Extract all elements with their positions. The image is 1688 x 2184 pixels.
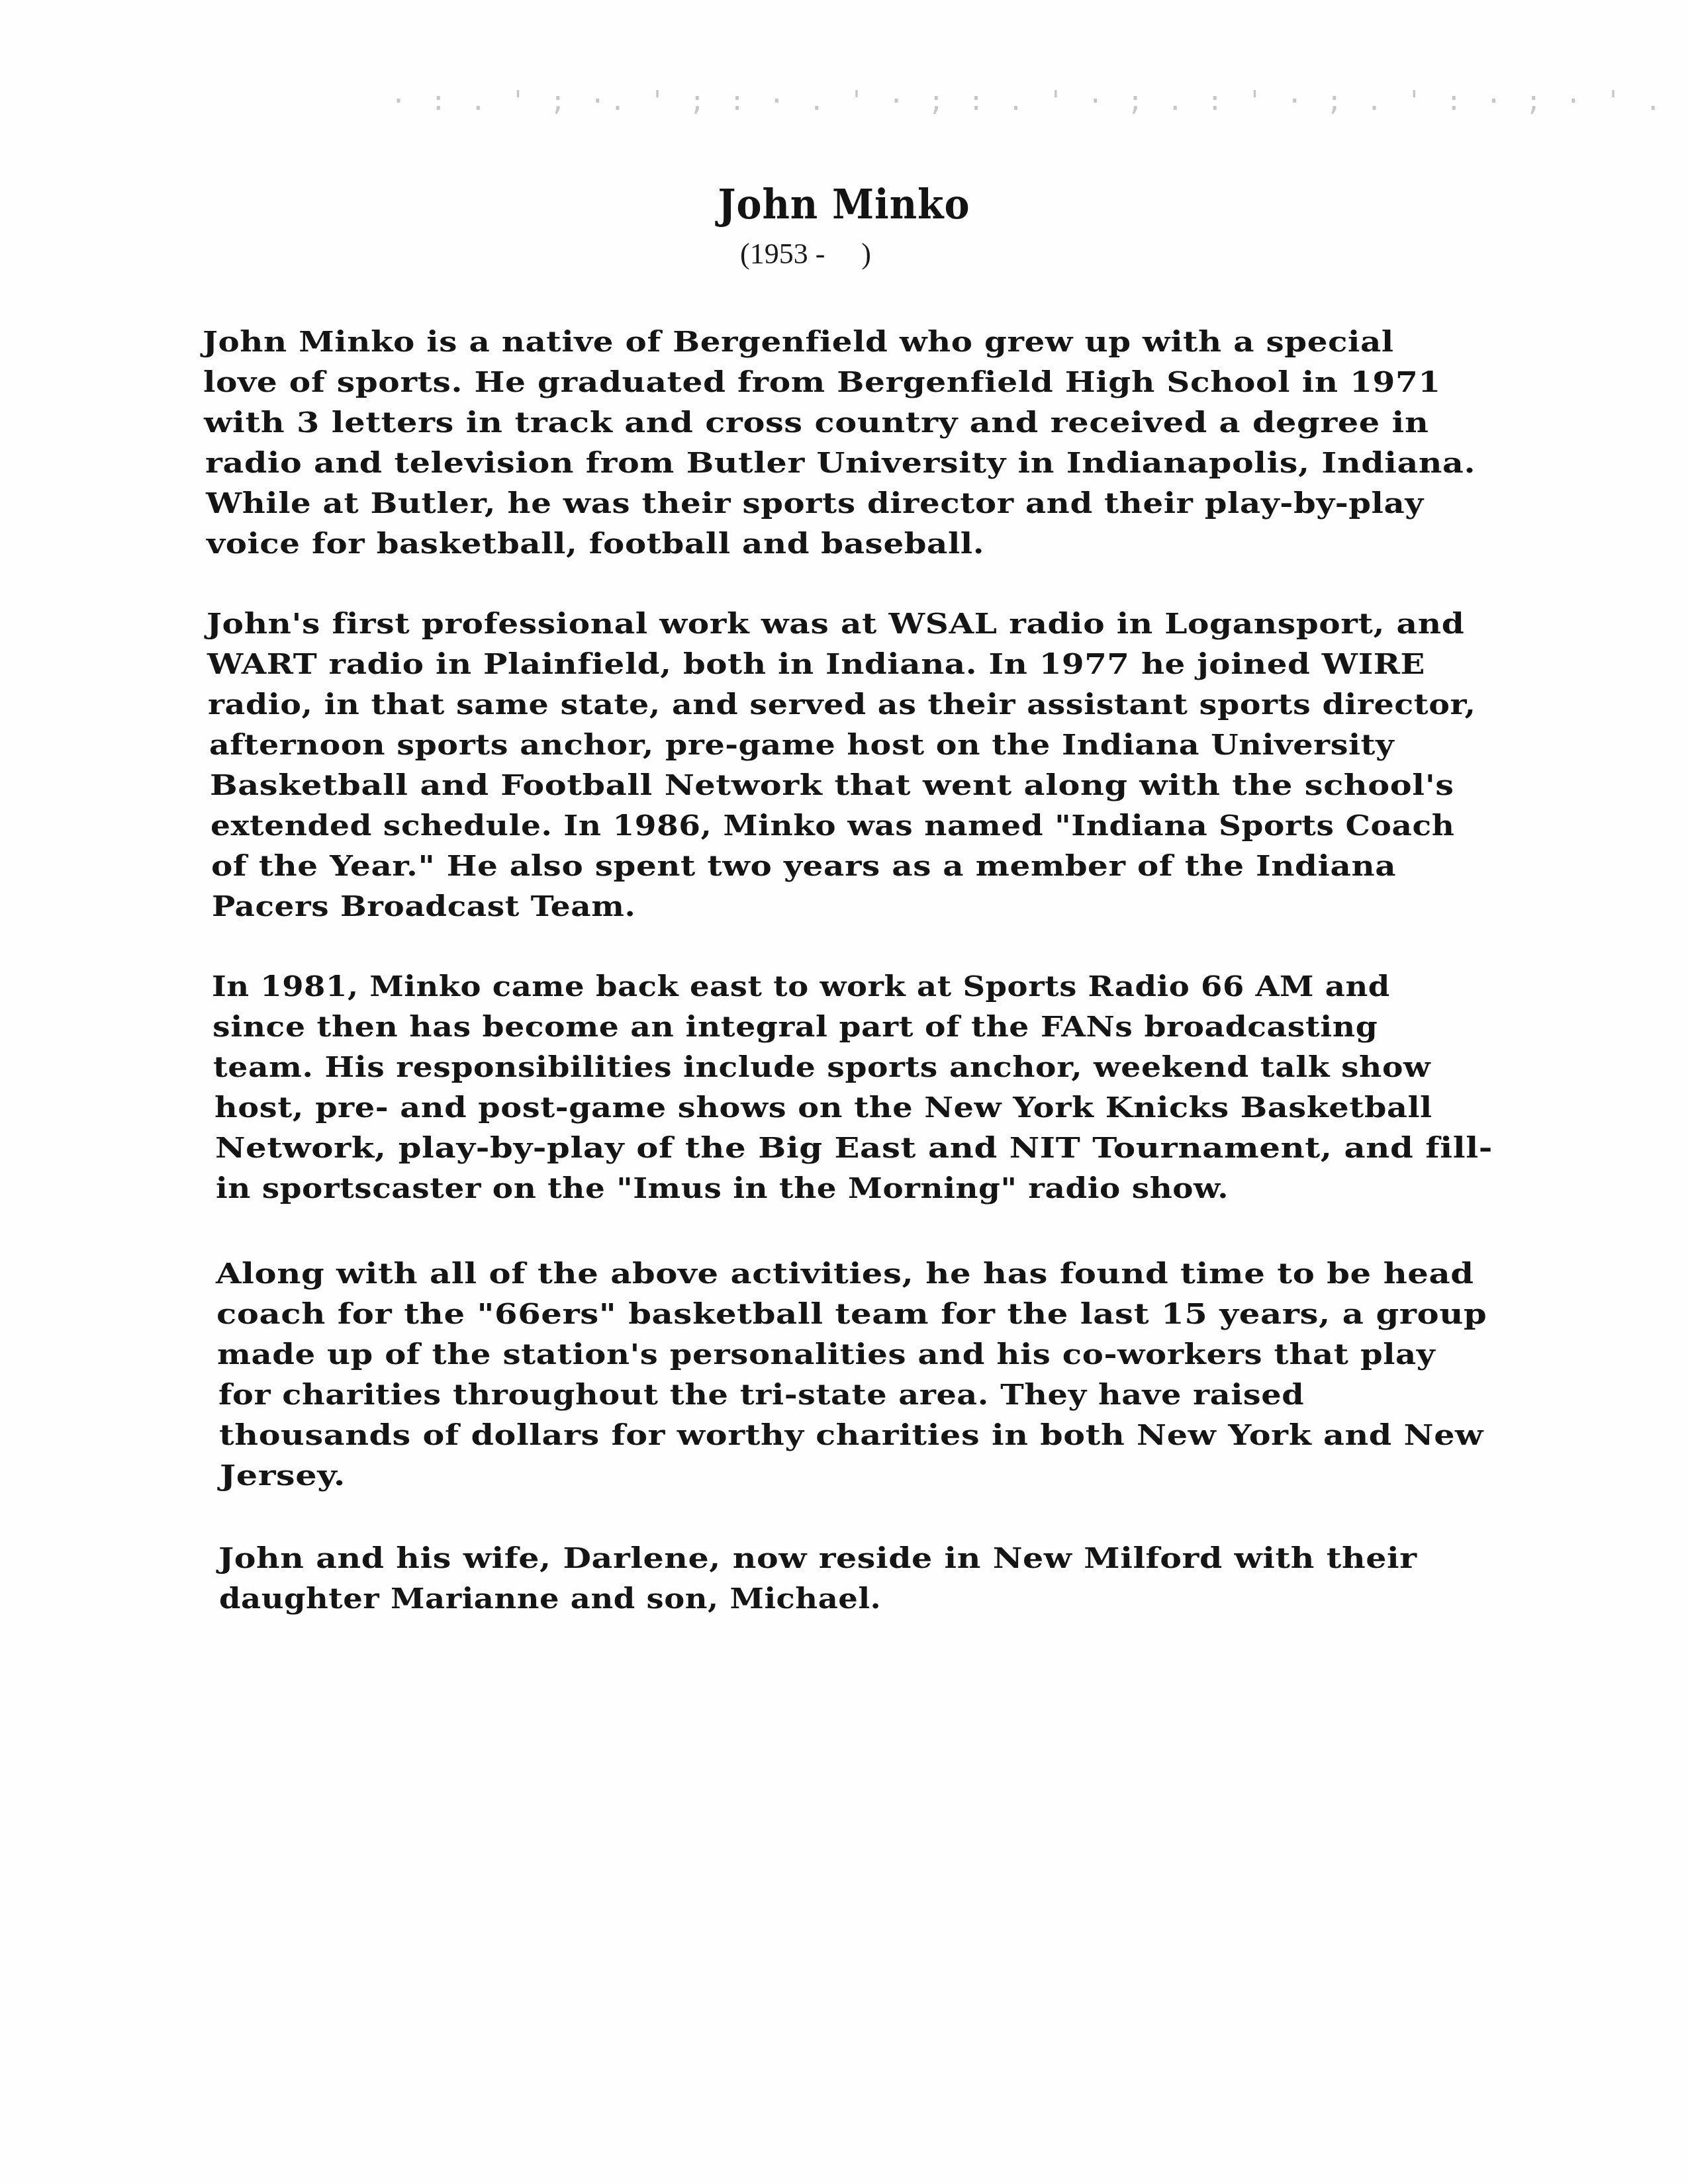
paragraph-2-line: afternoon sports anchor, pre-game host o… <box>209 729 1394 762</box>
paragraph-1-line: love of sports. He graduated from Bergen… <box>203 366 1441 399</box>
lifespan-dates: (1953 - ) <box>740 237 871 271</box>
paragraph-1-line: voice for basketball, football and baseb… <box>207 527 984 561</box>
paragraph-4-line: coach for the "66ers" basketball team fo… <box>216 1298 1487 1331</box>
paragraph-3-line: in sportscaster on the "Imus in the Morn… <box>216 1172 1229 1205</box>
title-text: John Minko <box>718 180 970 228</box>
paragraph-4-line: Jersey. <box>220 1459 346 1492</box>
paragraph-2-line: John's first professional work was at WS… <box>207 608 1464 641</box>
document-title: John Minko <box>0 180 1688 228</box>
paragraph-2-line: of the Year." He also spent two years as… <box>211 850 1396 883</box>
paragraph-4-line: made up of the station's personalities a… <box>217 1338 1435 1371</box>
paragraph-2-line: WART radio in Plainfield, both in Indian… <box>207 648 1425 681</box>
faded-header-text: · : . ' ; ·. ' ; : · . ' · ; : . ' · ; .… <box>391 86 1688 116</box>
paragraph-2-line: Pacers Broadcast Team. <box>212 890 635 923</box>
paragraph-2-line: radio, in that same state, and served as… <box>208 688 1476 721</box>
paragraph-4-line: Along with all of the above activities, … <box>216 1257 1474 1291</box>
paragraph-1-line: radio and television from Butler Univers… <box>205 447 1476 480</box>
paragraph-4-line: for charities throughout the tri-state a… <box>218 1379 1304 1412</box>
paragraph-3-line: team. His responsibilities include sport… <box>213 1051 1430 1084</box>
paragraph-3-line: In 1981, Minko came back east to work at… <box>212 970 1390 1003</box>
paragraph-1-line: John Minko is a native of Bergenfield wh… <box>203 326 1394 359</box>
paragraph-5-line: John and his wife, Darlene, now reside i… <box>218 1542 1417 1575</box>
document-page: · : . ' ; ·. ' ; : · . ' · ; : . ' · ; .… <box>0 0 1688 2184</box>
paragraph-1-line: While at Butler, he was their sports dir… <box>206 487 1424 520</box>
paragraph-4-line: thousands of dollars for worthy charitie… <box>219 1419 1483 1452</box>
paragraph-3-line: since then has become an integral part o… <box>212 1011 1378 1044</box>
paragraph-3-line: Network, play-by-play of the Big East an… <box>215 1132 1493 1165</box>
paragraph-2-line: Basketball and Football Network that wen… <box>210 769 1454 802</box>
paragraph-5-line: daughter Marianne and son, Michael. <box>219 1582 881 1615</box>
paragraph-1-line: with 3 letters in track and cross countr… <box>204 406 1429 439</box>
paragraph-3-line: host, pre- and post-game shows on the Ne… <box>214 1091 1432 1124</box>
paragraph-2-line: extended schedule. In 1986, Minko was na… <box>211 809 1454 842</box>
